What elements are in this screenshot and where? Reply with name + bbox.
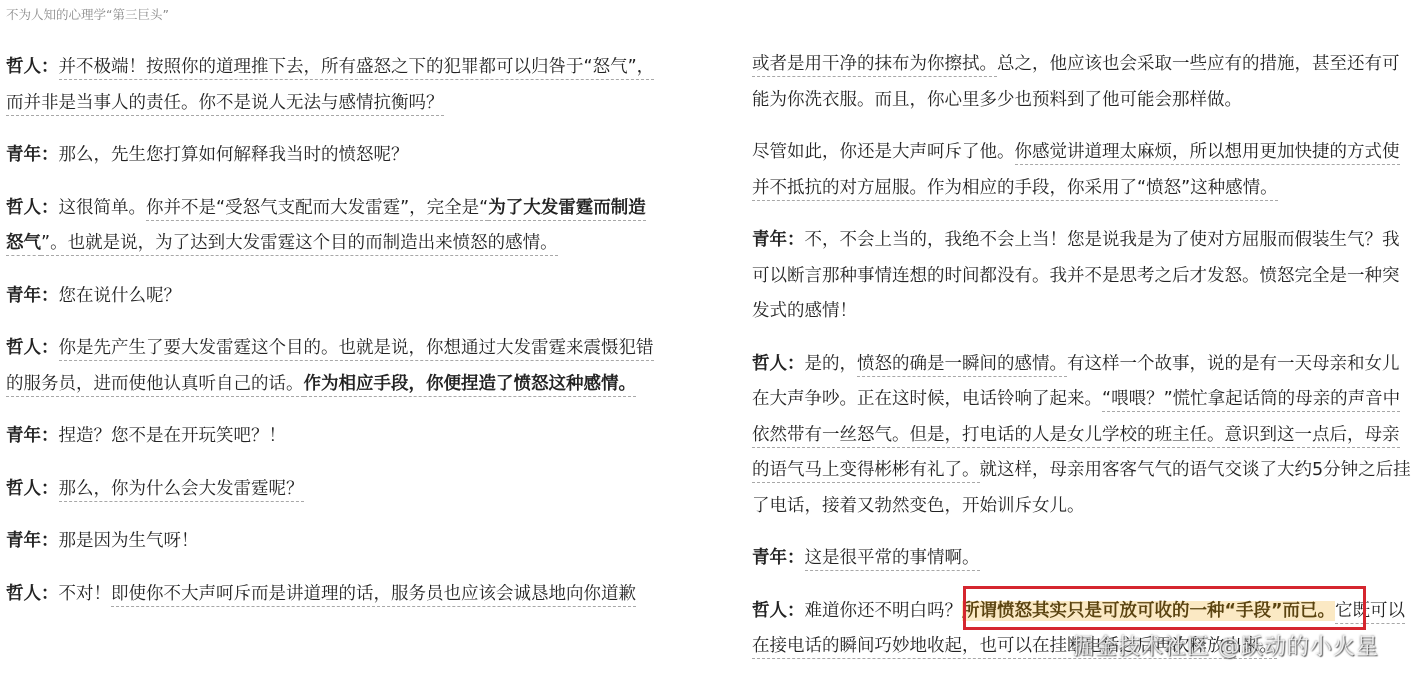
dialogue-paragraph: 青年：捏造？您不是在开玩笑吧？！ bbox=[6, 419, 661, 455]
speaker-label: 青年： bbox=[752, 548, 805, 568]
speaker-label: 哲人： bbox=[6, 338, 59, 358]
dialogue-paragraph: 青年：这是很平常的事情啊。 bbox=[752, 541, 1412, 577]
dialogue-text: ”。也就是说，为了达到大发雷霆这个目的而制造出来愤怒的感情。 bbox=[41, 233, 558, 256]
dialogue-paragraph: 哲人：这很简单。你并不是“受怒气支配而大发雷霆”，完全是“为了大发雷霆而制造怒气… bbox=[6, 191, 661, 262]
speaker-label: 青年： bbox=[6, 145, 59, 165]
left-column: 哲人：并不极端！按照你的道理推下去，所有盛怒之下的犯罪都可以归咎于“怒气”，而并… bbox=[6, 50, 661, 629]
dialogue-paragraph: 哲人：那么，你为什么会大发雷霆呢？ bbox=[6, 472, 661, 508]
speaker-label: 哲人： bbox=[6, 198, 59, 218]
dialogue-text: 这是很平常的事情啊。 bbox=[805, 548, 980, 571]
dialogue-paragraph: 青年：不，不会上当的，我绝不会上当！您是说我是为了使对方屈服而假装生气？我可以断… bbox=[752, 223, 1412, 330]
speaker-label: 哲人： bbox=[752, 354, 805, 374]
page-title: 不为人知的心理学“第三巨头” bbox=[6, 5, 169, 23]
speaker-label: 青年： bbox=[6, 531, 59, 551]
speaker-label: 青年： bbox=[6, 286, 59, 306]
dialogue-paragraph: 尽管如此，你还是大声呵斥了他。你感觉讲道理太麻烦，所以想用更加快捷的方式使并不抵… bbox=[752, 135, 1412, 206]
watermark: 掘金技术社区 @跃动的小火星 bbox=[1072, 630, 1379, 661]
bold-text: 作为相应手段，你便捏造了愤怒这种感情。 bbox=[304, 374, 637, 397]
speaker-label: 青年： bbox=[752, 230, 805, 250]
dialogue-text: 那么，你为什么会大发雷霆呢？ bbox=[59, 479, 304, 502]
dialogue-text: 捏造？您不是在开玩笑吧？！ bbox=[59, 426, 287, 446]
dialogue-text: 即使你不大声呵斥而是讲道理的话，服务员也应该会诚恳地向你道歉 bbox=[111, 584, 636, 607]
dialogue-paragraph: 哲人：不对！即使你不大声呵斥而是讲道理的话，服务员也应该会诚恳地向你道歉 bbox=[6, 577, 661, 613]
speaker-label: 哲人： bbox=[6, 57, 59, 77]
dialogue-paragraph: 哲人：并不极端！按照你的道理推下去，所有盛怒之下的犯罪都可以归咎于“怒气”，而并… bbox=[6, 50, 661, 121]
dialogue-text: 尽管如此，你还是大声呵斥了他。 bbox=[752, 142, 1015, 162]
dialogue-paragraph: 哲人：你是先产生了要大发雷霆这个目的。也就是说，你想通过大发雷霆来震慑犯错的服务… bbox=[6, 331, 661, 402]
dialogue-text: 或者是用干净的抹布为你擦拭。 bbox=[752, 54, 997, 77]
dialogue-text: 这很简单。 bbox=[59, 198, 147, 218]
right-column: 或者是用干净的抹布为你擦拭。总之，他应该也会采取一些应有的措施，甚至还有可能为你… bbox=[752, 47, 1412, 678]
dialogue-text: 并不极端！按照你的道理推下去，所有盛怒之下的犯罪都可以归咎于“怒气”，而并非是当… bbox=[6, 57, 654, 116]
speaker-label: 青年： bbox=[6, 426, 59, 446]
dialogue-text: 是的， bbox=[805, 354, 858, 374]
dialogue-text: 您在说什么呢？ bbox=[59, 286, 182, 306]
dialogue-text: 那么，先生您打算如何解释我当时的愤怒呢？ bbox=[59, 145, 409, 165]
dialogue-paragraph: 哲人：是的，愤怒的确是一瞬间的感情。有这样一个故事，说的是有一天母亲和女儿在大声… bbox=[752, 347, 1412, 525]
speaker-label: 哲人： bbox=[6, 479, 59, 499]
dialogue-paragraph: 青年：那么，先生您打算如何解释我当时的愤怒呢？ bbox=[6, 138, 661, 174]
dialogue-text: 那是因为生气呀！ bbox=[59, 531, 199, 551]
dialogue-text: 愤怒的确是一瞬间的感情。 bbox=[857, 354, 1067, 377]
dialogue-text: 不对！ bbox=[59, 584, 112, 604]
dialogue-paragraph: 青年：您在说什么呢？ bbox=[6, 279, 661, 315]
dialogue-text: 难道你还不明白吗？ bbox=[805, 601, 963, 621]
speaker-label: 哲人： bbox=[6, 584, 59, 604]
dialogue-text: 不，不会上当的，我绝不会上当！您是说我是为了使对方屈服而假装生气？我可以断言那种… bbox=[752, 230, 1400, 321]
speaker-label: 哲人： bbox=[752, 601, 805, 621]
dialogue-text: 你并不是“受怒气支配而大发雷霆”，完全是“ bbox=[146, 198, 488, 221]
dialogue-paragraph: 青年：那是因为生气呀！ bbox=[6, 524, 661, 560]
emphasis-box bbox=[963, 586, 1366, 630]
dialogue-paragraph: 或者是用干净的抹布为你擦拭。总之，他应该也会采取一些应有的措施，甚至还有可能为你… bbox=[752, 47, 1412, 118]
